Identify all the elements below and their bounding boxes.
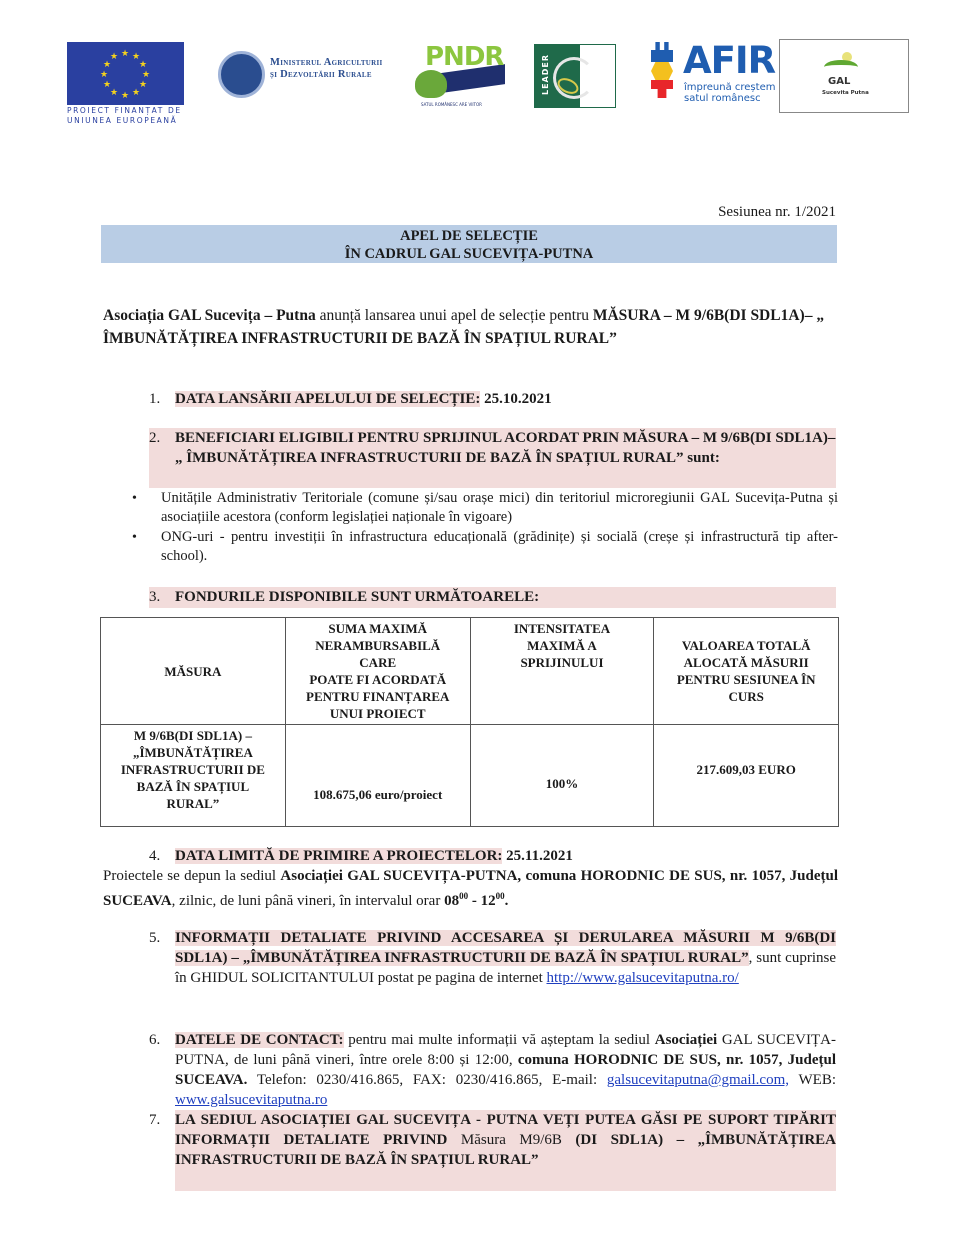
afir-slogan: împreună creștem satul românesc (684, 82, 775, 104)
header-total-value: VALOAREA TOTALĂ ALOCATĂ MĂSURII PENTRU S… (654, 618, 839, 725)
leader-green-panel: LEADER (535, 45, 580, 107)
intro-text: anunță lansarea unui apel de selecție pe… (316, 307, 593, 324)
org-name: Asociația GAL Sucevița – Putna (103, 307, 316, 324)
document-title: APEL DE SELECȚIE ÎN CADRUL GAL SUCEVIȚA-… (101, 225, 837, 263)
afir-title: AFIR (683, 40, 775, 82)
cell-intensity: 100% (470, 725, 654, 827)
section-6: 6. DATELE DE CONTACT: pentru mai multe i… (175, 1030, 836, 1110)
section-7: 7. LA SEDIUL ASOCIAȚIEI GAL SUCEVIȚA - P… (175, 1110, 836, 1191)
header-intensity: INTENSITATEA MAXIMĂ A SPRIJINULUI (470, 618, 654, 725)
section-number: 6. (149, 1030, 160, 1050)
submission-paragraph: Proiectele se depun la sediul Asociației… (103, 866, 838, 911)
ministry-logo-text: Ministerul Agriculturii și Dezvoltării R… (270, 57, 383, 81)
svg-text:★: ★ (139, 60, 147, 70)
pndr-title: PNDR (425, 42, 503, 72)
hill-icon (824, 60, 858, 74)
government-seal-icon (218, 51, 265, 98)
svg-text:★: ★ (142, 70, 150, 80)
tree-icon (415, 70, 447, 98)
leader-word: LEADER (541, 54, 550, 95)
section-number: 2. (149, 428, 160, 448)
section-number: 7. (149, 1110, 160, 1130)
section-heading: FONDURILE DISPONIBILE SUNT URMĂTOARELE: (175, 589, 539, 605)
web-link[interactable]: www.galsucevitaputna.ro (175, 1092, 327, 1108)
section-5: 5. INFORMAȚII DETALIATE PRIVIND ACCESARE… (175, 928, 836, 988)
website-link[interactable]: http://www.galsucevitaputna.ro/ (546, 970, 738, 986)
cell-total: 217.609,03 EURO (654, 725, 839, 827)
section-heading: INFORMAȚII DETALIATE PRIVIND ACCESAREA Ș… (175, 930, 836, 966)
section-2: 2. BENEFICIARI ELIGIBILI PENTRU SPRIJINU… (149, 428, 836, 488)
header-measure: MĂSURA (101, 618, 286, 725)
svg-text:★: ★ (110, 88, 118, 98)
afir-emblem-icon (648, 42, 676, 112)
svg-text:★: ★ (103, 80, 111, 90)
section-3: 3. FONDURILE DISPONIBILE SUNT URMĂTOAREL… (149, 587, 836, 608)
eu-caption-line: UNIUNEA EUROPEANĂ (67, 116, 187, 126)
intro-paragraph: Asociația GAL Sucevița – Putna anunță la… (103, 304, 838, 350)
table-header-row: MĂSURA SUMA MAXIMĂ NERAMBURSABILĂ CARE P… (101, 618, 839, 725)
title-line: ÎN CADRUL GAL SUCEVIȚA-PUTNA (101, 245, 837, 263)
pndr-caption: SATUL ROMÂNESC ARE VIITOR (421, 102, 482, 107)
title-line: APEL DE SELECȚIE (101, 227, 837, 245)
svg-text:★: ★ (132, 88, 140, 98)
leader-logo: LEADER (534, 44, 616, 108)
list-item: Unitățile Administrativ Teritoriale (com… (132, 489, 838, 527)
gal-letters: GAL (828, 76, 850, 87)
section-number: 5. (149, 928, 160, 948)
funds-table: MĂSURA SUMA MAXIMĂ NERAMBURSABILĂ CARE P… (100, 617, 839, 827)
section-number: 3. (149, 587, 160, 607)
cell-max-amount: 108.675,06 euro/proiect (285, 725, 470, 827)
eu-caption-line: PROIECT FINANȚAT DE (67, 106, 187, 116)
gal-sucevita-putna-logo: GAL Sucevita Putna (779, 39, 909, 113)
section-heading: DATELE DE CONTACT: (175, 1032, 344, 1048)
launch-date: 25.10.2021 (480, 391, 551, 407)
svg-text:★: ★ (121, 49, 129, 59)
email-link[interactable]: galsucevitaputna@gmail.com, (607, 1072, 789, 1088)
deadline-date: 25.11.2021 (502, 848, 572, 864)
section-heading: DATA LIMITĂ DE PRIMIRE A PROIECTELOR: (175, 848, 502, 864)
list-item: ONG-uri - pentru investiții în infrastru… (132, 528, 838, 566)
measure-label: Măsura M9/6B (447, 1132, 575, 1148)
section-heading: BENEFICIARI ELIGIBILI PENTRU SPRIJINUL A… (175, 430, 835, 466)
table-row: M 9/6B(DI SDL1A) – „ÎMBUNĂTĂȚIREA INFRAS… (101, 725, 839, 827)
ministry-line: și Dezvoltării Rurale (270, 69, 383, 81)
afir-slogan-line: satul românesc (684, 93, 775, 104)
svg-text:★: ★ (110, 52, 118, 62)
cell-measure: M 9/6B(DI SDL1A) – „ÎMBUNĂTĂȚIREA INFRAS… (101, 725, 286, 827)
session-number: Sesiunea nr. 1/2021 (718, 204, 836, 221)
pndr-logo: PNDR SATUL ROMÂNESC ARE VIITOR (415, 44, 505, 110)
section-number: 4. (149, 846, 160, 866)
section-1: 1. DATA LANSĂRII APELULUI DE SELECȚIE: 2… (175, 389, 552, 409)
beneficiaries-list: Unitățile Administrativ Teritoriale (com… (132, 489, 838, 567)
section-4: 4. DATA LIMITĂ DE PRIMIRE A PROIECTELOR:… (175, 846, 573, 866)
eu-caption: PROIECT FINANȚAT DE UNIUNEA EUROPEANĂ (67, 106, 187, 126)
afir-slogan-line: împreună creștem (684, 82, 775, 93)
gal-name: Sucevita Putna (822, 90, 869, 96)
ministry-line: Ministerul Agriculturii (270, 57, 383, 69)
eu-stars-icon: ★★★ ★★★ ★★★ ★★★ (67, 42, 184, 105)
svg-text:★: ★ (121, 91, 129, 101)
section-heading: DATA LANSĂRII APELULUI DE SELECȚIE: (175, 391, 480, 407)
section-number: 1. (149, 389, 160, 409)
svg-text:★: ★ (100, 70, 108, 80)
header-max-amount: SUMA MAXIMĂ NERAMBURSABILĂ CARE POATE FI… (285, 618, 470, 725)
svg-text:★: ★ (139, 80, 147, 90)
eu-flag-logo: ★★★ ★★★ ★★★ ★★★ (67, 42, 184, 105)
